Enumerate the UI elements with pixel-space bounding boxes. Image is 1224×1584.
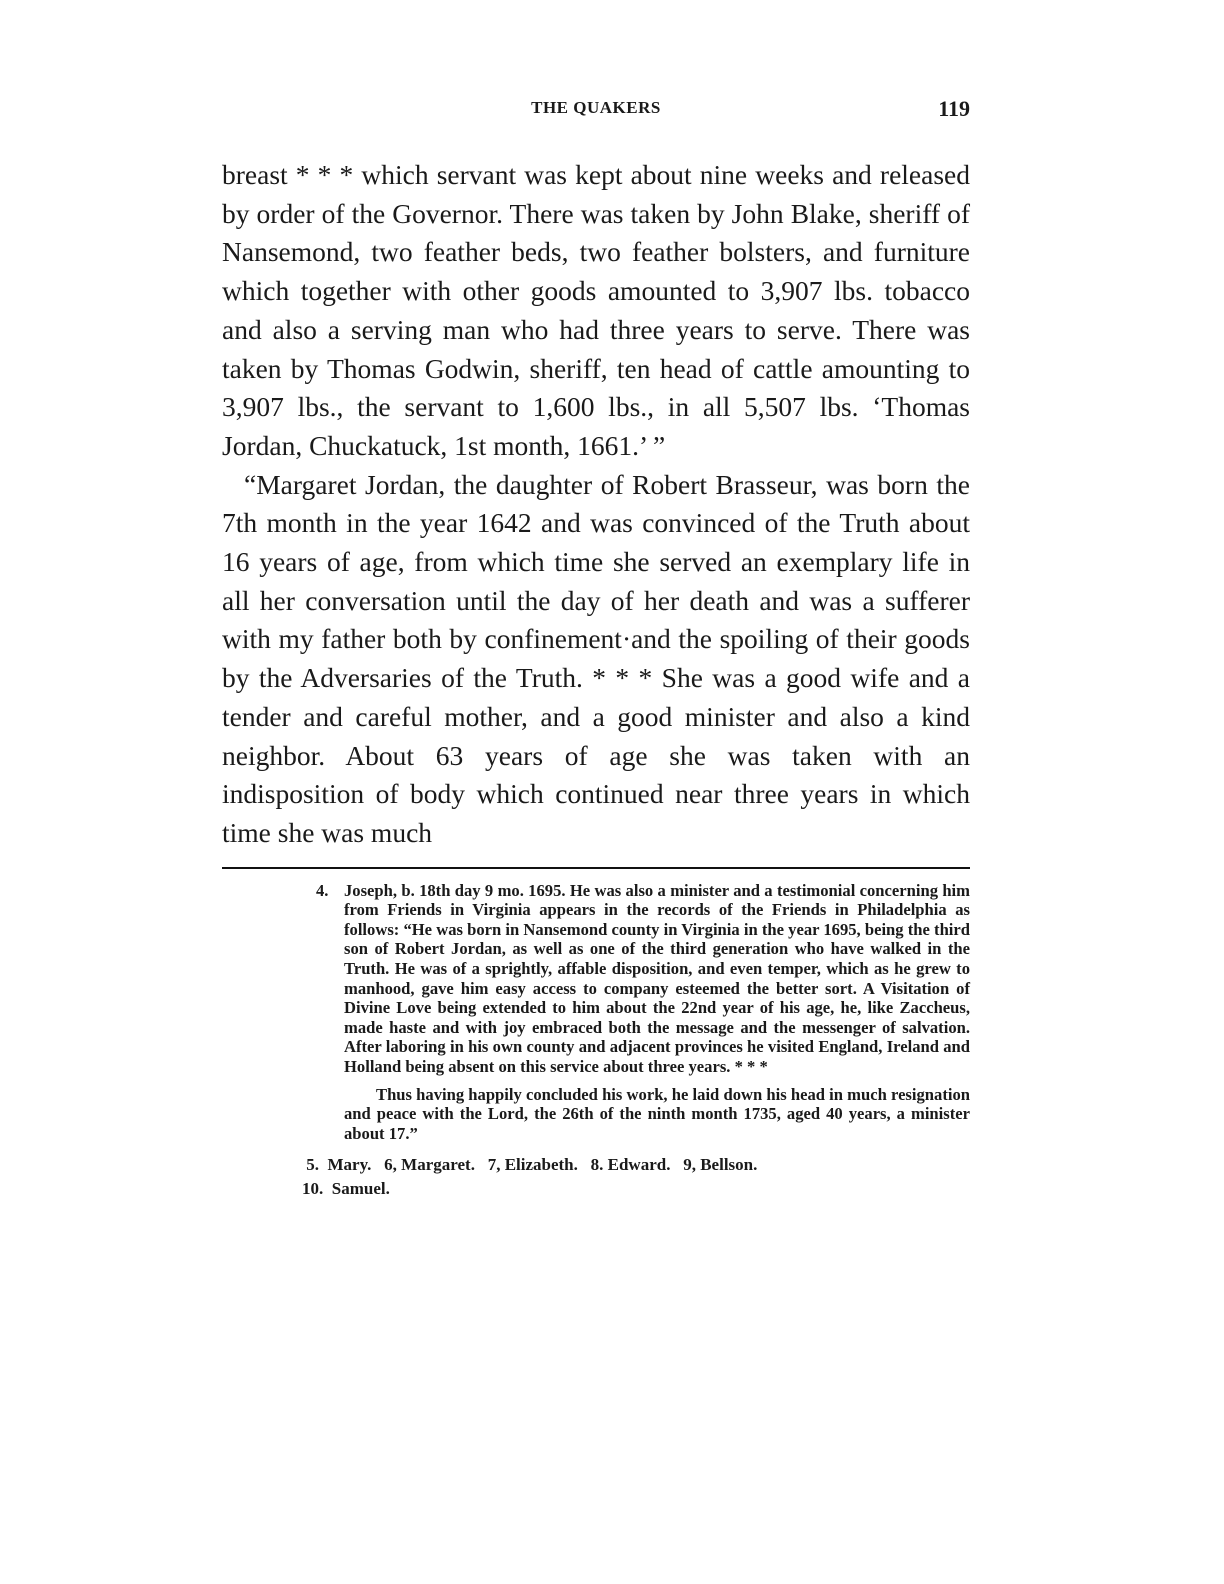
footnote-list: 5. Mary. 6, Margaret. 7, Elizabeth. 8. E… bbox=[222, 1153, 970, 1201]
footnote-4: 4. Joseph, b. 18th day 9 mo. 1695. He wa… bbox=[222, 881, 970, 1144]
footnote-text: Joseph, b. 18th day 9 mo. 1695. He was a… bbox=[344, 881, 970, 1077]
footnotes: 4. Joseph, b. 18th day 9 mo. 1695. He wa… bbox=[222, 881, 970, 1202]
running-head: THE QUAKERS 119 bbox=[222, 92, 970, 128]
footnote-continuation: Thus having happily concluded his work, … bbox=[344, 1085, 970, 1144]
body-text: breast * * * which servant was kept abou… bbox=[222, 156, 970, 853]
footnote-divider bbox=[222, 867, 970, 869]
body-paragraph: “Margaret Jordan, the daughter of Robert… bbox=[222, 466, 970, 853]
body-paragraph: breast * * * which servant was kept abou… bbox=[222, 156, 970, 466]
running-title: THE QUAKERS bbox=[222, 98, 970, 118]
book-page: THE QUAKERS 119 breast * * * which serva… bbox=[222, 92, 970, 1201]
footnote-list-line: 5. Mary. 6, Margaret. 7, Elizabeth. 8. E… bbox=[302, 1153, 970, 1177]
footnote-number: 4. bbox=[316, 881, 328, 901]
footnote-list-line: 10. Samuel. bbox=[302, 1177, 970, 1201]
page-number: 119 bbox=[938, 96, 970, 122]
